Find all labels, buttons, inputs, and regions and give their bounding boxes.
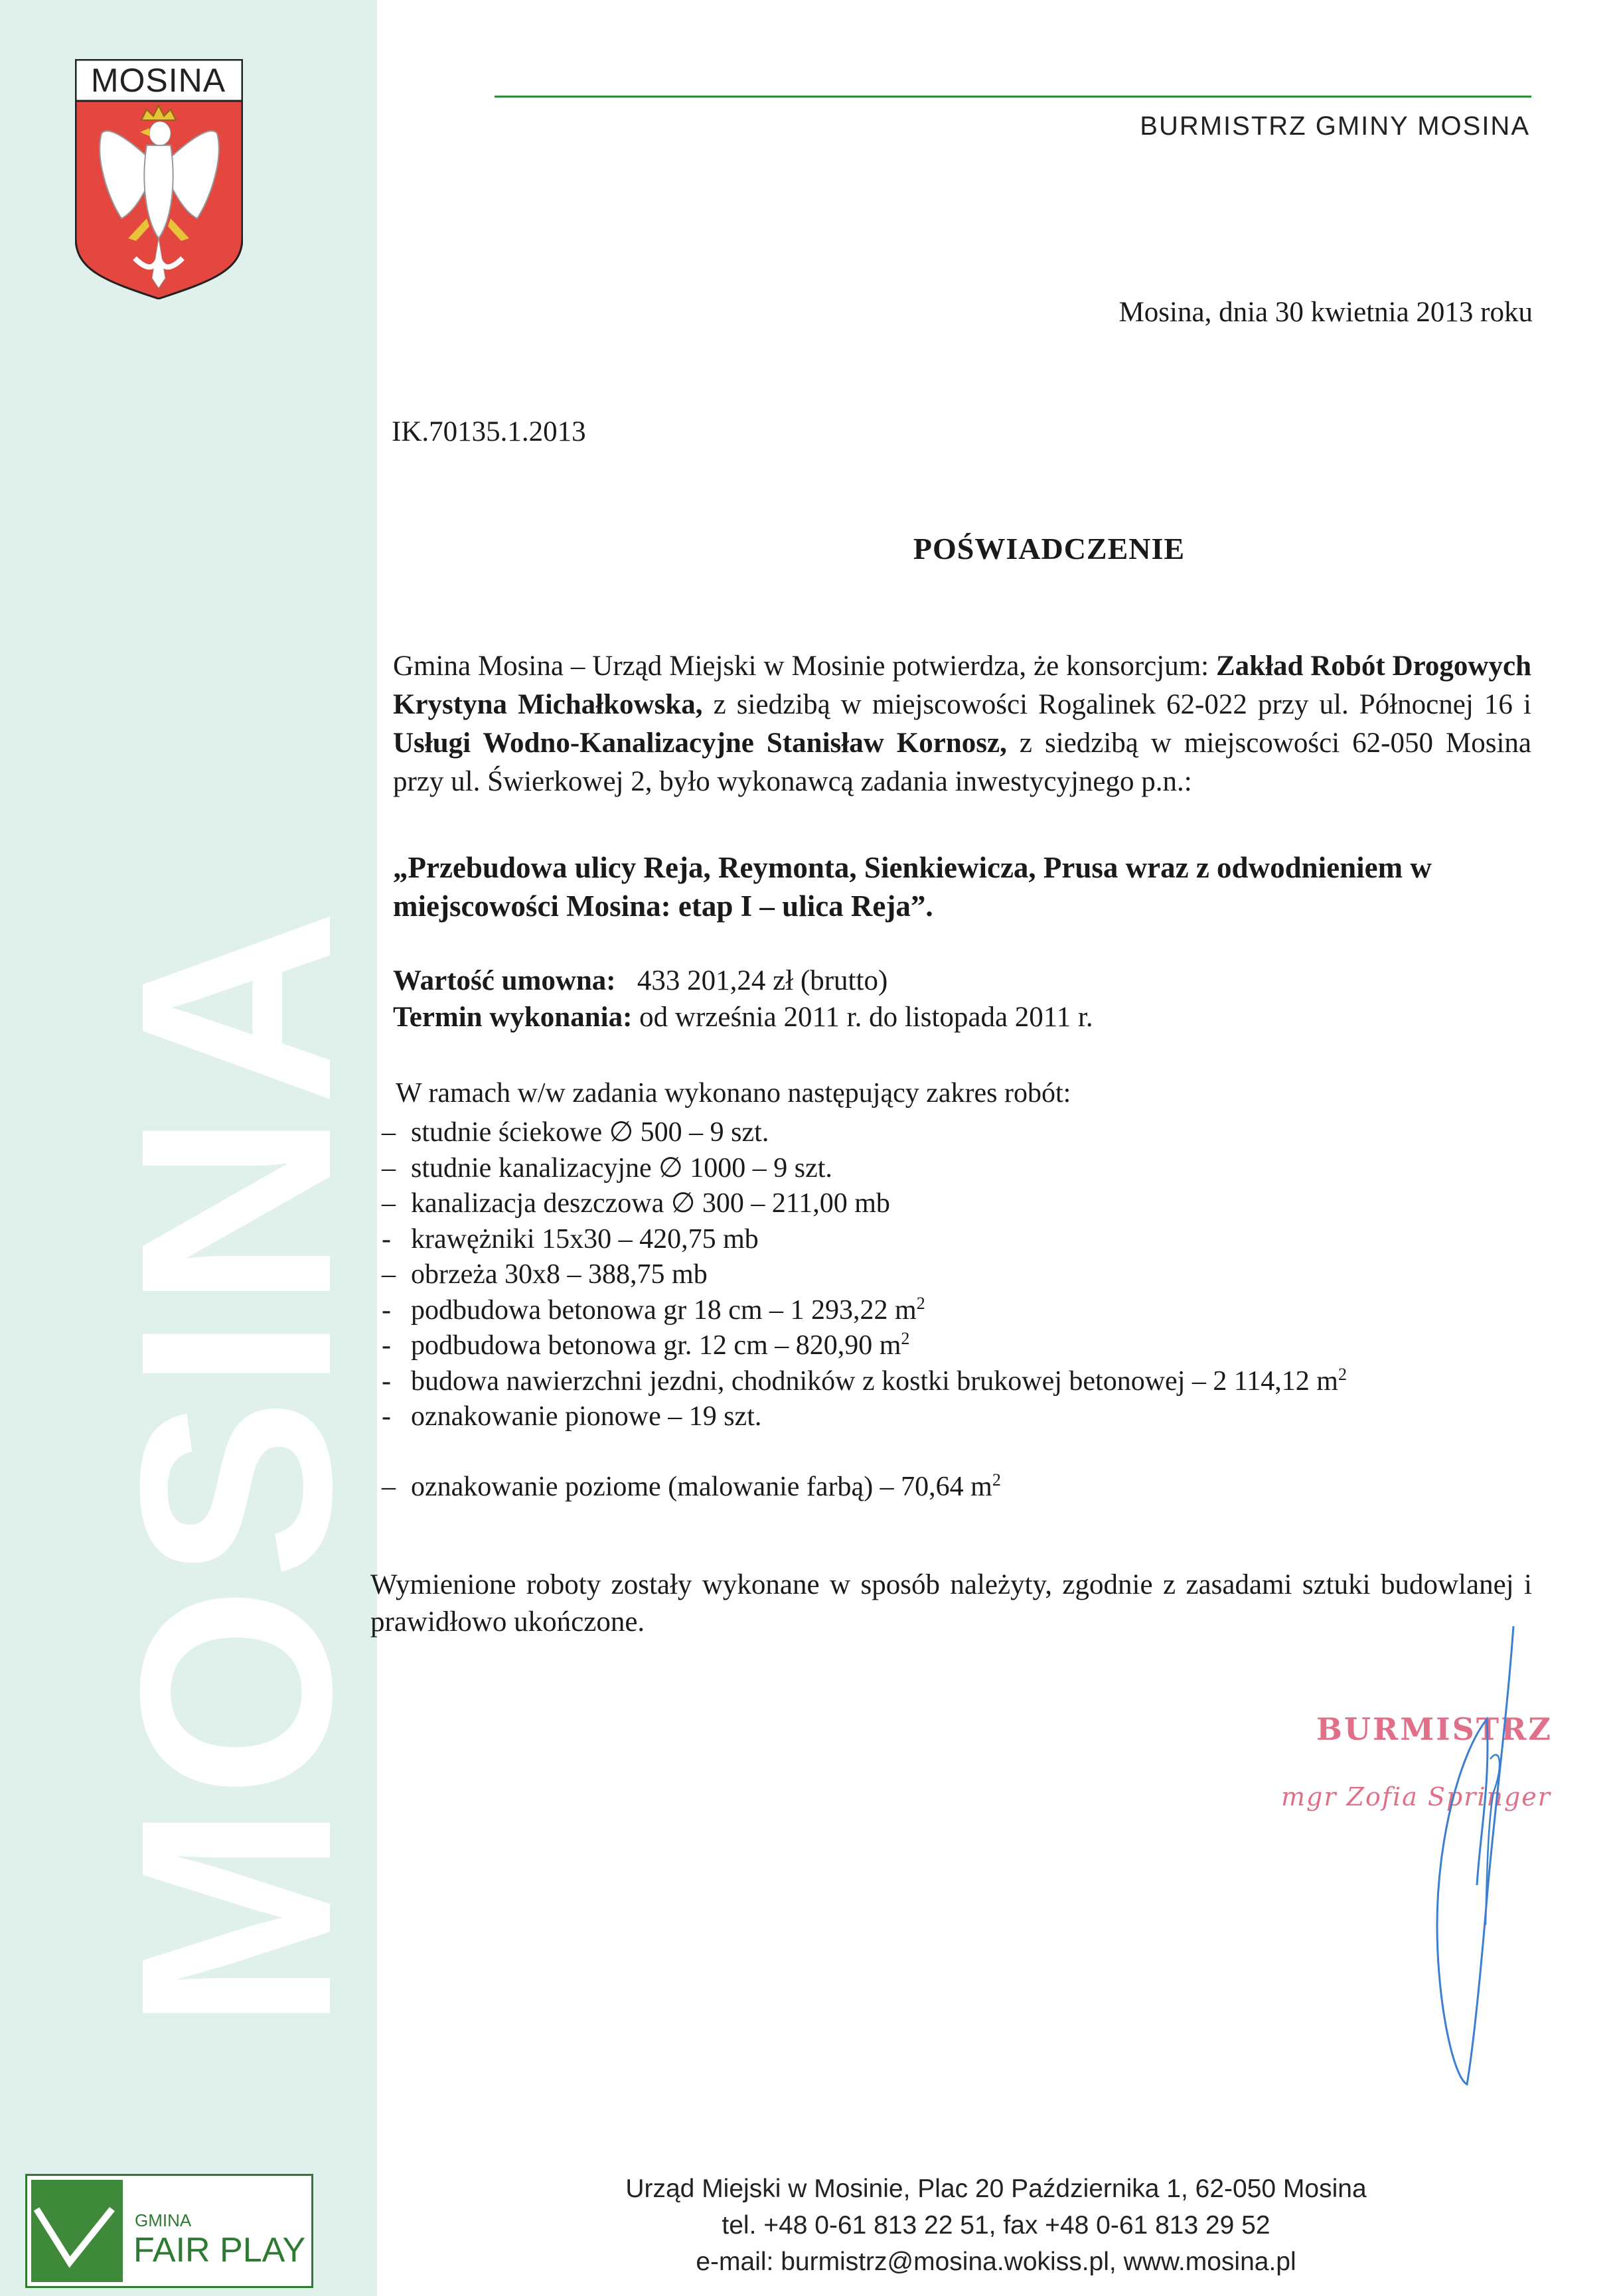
- scope-item-text: podbudowa betonowa gr 18 cm – 1 293,22 m: [411, 1295, 917, 1326]
- bullet-dash: –: [382, 1257, 411, 1293]
- watermark-text: MOSINA: [129, 816, 342, 2117]
- reference-number: IK.70135.1.2013: [392, 416, 586, 448]
- bullet-dash: -: [382, 1328, 411, 1364]
- body-text-1: Gmina Mosina – Urząd Miejski w Mosinie p…: [393, 651, 1216, 682]
- scope-item-text: krawężniki 15x30 – 420,75 mb: [411, 1224, 759, 1255]
- header-rule: [495, 96, 1531, 98]
- footer-address: Urząd Miejski w Mosinie, Plac 20 Paździe…: [377, 2171, 1615, 2207]
- sidebar-band: MOSINA: [0, 0, 377, 2296]
- scope-item-text: budowa nawierzchni jezdni, chodników z k…: [411, 1366, 1338, 1397]
- bullet-dash: -: [382, 1222, 411, 1258]
- scope-item-text: studnie ściekowe ∅ 500 – 9 szt.: [411, 1117, 769, 1148]
- scope-item: -krawężniki 15x30 – 420,75 mb: [382, 1222, 1347, 1258]
- body-paragraph: Gmina Mosina – Urząd Miejski w Mosinie p…: [393, 647, 1531, 801]
- scope-item: -budowa nawierzchni jezdni, chodników z …: [382, 1364, 1347, 1400]
- footer: Urząd Miejski w Mosinie, Plac 20 Paździe…: [377, 2171, 1615, 2280]
- bullet-dash: –: [382, 1186, 411, 1222]
- scope-item-text: studnie kanalizacyjne ∅ 1000 – 9 szt.: [411, 1153, 832, 1184]
- bullet-dash: –: [382, 1115, 411, 1151]
- scope-item-text: oznakowanie pionowe – 19 szt.: [411, 1401, 761, 1432]
- bullet-dash: –: [382, 1151, 411, 1187]
- bullet-dash: -: [382, 1364, 411, 1400]
- bullet-dash: –: [382, 1470, 411, 1505]
- contractor-2: Usługi Wodno-Kanalizacyjne Stanisław Kor…: [393, 727, 1007, 759]
- scope-item: –studnie kanalizacyjne ∅ 1000 – 9 szt.: [382, 1151, 1347, 1187]
- unit-superscript: 2: [1338, 1365, 1347, 1384]
- scope-item: –kanalizacja deszczowa ∅ 300 – 211,00 mb: [382, 1186, 1347, 1222]
- footer-phone: tel. +48 0-61 813 22 51, fax +48 0-61 81…: [377, 2207, 1615, 2244]
- unit-superscript: 2: [917, 1294, 925, 1313]
- fair-play-logo: GMINA FAIR PLAY: [25, 2174, 313, 2288]
- scope-item-text: podbudowa betonowa gr. 12 cm – 820,90 m: [411, 1330, 901, 1361]
- completion-term: od września 2011 r. do listopada 2011 r.: [639, 1002, 1093, 1033]
- crest-label: MOSINA: [75, 60, 242, 100]
- scope-item: -oznakowanie pionowe – 19 szt.: [382, 1399, 1347, 1435]
- fair-play-large-text: FAIR PLAY: [133, 2230, 305, 2270]
- checkmark-icon: [31, 2180, 123, 2282]
- scope-item: –oznakowanie poziome (malowanie farbą) –…: [382, 1470, 1347, 1505]
- bullet-dash: -: [382, 1399, 411, 1435]
- document-title: POŚWIADCZENIE: [0, 531, 1615, 566]
- closing-paragraph: Wymienione roboty zostały wykonane w spo…: [370, 1567, 1532, 1641]
- bullet-dash: -: [382, 1293, 411, 1329]
- letterhead-title: BURMISTRZ GMINY MOSINA: [1140, 112, 1530, 141]
- watermark-label: MOSINA: [129, 903, 342, 2031]
- unit-superscript: 2: [901, 1329, 909, 1348]
- scope-item: –obrzeża 30x8 – 388,75 mb: [382, 1257, 1347, 1293]
- signature-icon: [1374, 1620, 1547, 2098]
- scope-item: -podbudowa betonowa gr. 12 cm – 820,90 m…: [382, 1328, 1347, 1364]
- scope-item: -podbudowa betonowa gr 18 cm – 1 293,22 …: [382, 1293, 1347, 1329]
- unit-superscript: 2: [992, 1470, 1001, 1490]
- letter-date: Mosina, dnia 30 kwietnia 2013 roku: [1119, 296, 1533, 329]
- body-text-2: z siedzibą w miejscowości Rogalinek 62-0…: [702, 689, 1531, 720]
- scope-item: –studnie ściekowe ∅ 500 – 9 szt.: [382, 1115, 1347, 1151]
- contract-meta: Wartość umowna: 433 201,24 zł (brutto) T…: [393, 962, 1093, 1035]
- task-name: „Przebudowa ulicy Reja, Reymonta, Sienki…: [393, 848, 1531, 925]
- scope-item-text: obrzeża 30x8 – 388,75 mb: [411, 1259, 708, 1290]
- scope-item-text: oznakowanie poziome (malowanie farbą) – …: [411, 1472, 992, 1502]
- contract-value-row: Wartość umowna: 433 201,24 zł (brutto): [393, 962, 1093, 999]
- document-title-text: POŚWIADCZENIE: [913, 531, 1185, 566]
- contract-value-label: Wartość umowna:: [393, 965, 616, 996]
- completion-term-row: Termin wykonania: od września 2011 r. do…: [393, 999, 1093, 1035]
- completion-term-label: Termin wykonania:: [393, 1002, 632, 1033]
- scope-intro: W ramach w/w zadania wykonano następując…: [396, 1077, 1071, 1109]
- scope-item-text: kanalizacja deszczowa ∅ 300 – 211,00 mb: [411, 1188, 890, 1219]
- contract-value: 433 201,24 zł (brutto): [637, 965, 887, 996]
- fair-play-small-text: GMINA: [135, 2210, 191, 2231]
- scope-list: –studnie ściekowe ∅ 500 – 9 szt.–studnie…: [382, 1115, 1347, 1505]
- footer-contact: e-mail: burmistrz@mosina.wokiss.pl, www.…: [377, 2244, 1615, 2280]
